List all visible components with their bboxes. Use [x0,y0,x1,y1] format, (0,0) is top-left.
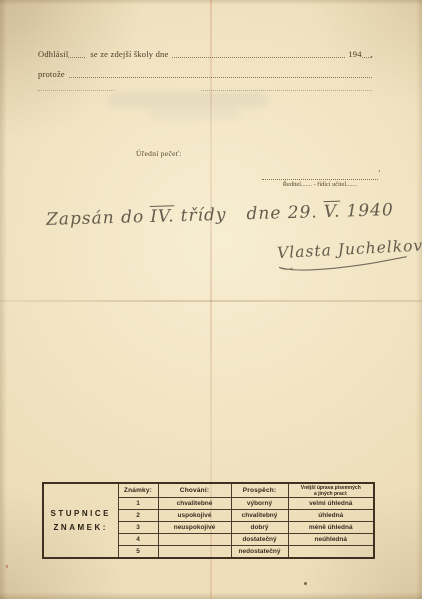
pen-tick-mark: ' [377,168,381,178]
neatness-cell: velmi úhledná [288,498,374,510]
neatness-cell: neúhledná [288,534,374,546]
blank-dotted-rule [38,90,114,91]
achievement-cell: dobrý [231,522,288,534]
header-behavior: Chování: [158,483,231,498]
year-prefix: 194 [348,48,361,60]
behavior-cell: uspokojivé [158,510,231,522]
scanned-school-form: Odhlásil se ze zdejší školy dne 194 , pr… [0,0,422,599]
grading-scale-table: STUPNICE ZNAMEK: Známky: Chování: Prospě… [42,482,375,559]
header-marks: Známky: [118,483,158,498]
signature-dotted-line: ' [262,174,378,180]
handwritten-entry: Zapsán do IV. třídy dne 29. V. 1940 [46,200,394,230]
achievement-cell: dostatečný [231,534,288,546]
mark-cell: 3 [118,522,158,534]
table-header-row: STUPNICE ZNAMEK: Známky: Chování: Prospě… [43,483,374,498]
withdrawal-word: Odhlásil [38,48,68,60]
neatness-cell [288,546,374,559]
mark-cell: 5 [118,546,158,559]
entry-year: 1940 [346,200,394,221]
mark-cell: 1 [118,498,158,510]
entry-month-numeral: V. [324,202,341,222]
withdrawal-phrase: se ze zdejší školy dne [90,48,168,60]
header-achievement: Prospěch: [231,483,288,498]
mark-cell: 4 [118,534,158,546]
reason-word: protože [38,68,65,80]
withdrawal-line: Odhlásil se ze zdejší školy dne 194 , [38,48,373,60]
scale-title-line1: STUPNICE [44,507,118,521]
behavior-cell: neuspokojivé [158,522,231,534]
paper-speck [6,565,8,568]
header-neatness: Vnější úprava písemných a jiných prací: [288,483,374,498]
entry-text: Zapsán do [46,207,145,230]
mark-cell: 2 [118,510,158,522]
scale-title-cell: STUPNICE ZNAMEK: [43,483,118,558]
achievement-cell: výborný [231,498,288,510]
entry-class-word: třídy [180,205,226,226]
neatness-cell: méně úhledná [288,522,374,534]
scale-title-line2: ZNAMEK: [44,521,118,535]
horizontal-fold-crease [0,300,422,302]
entry-date-prefix: dne 29. [246,202,318,224]
header-neatness-line1: Vnější úprava písemných [289,485,374,491]
comma: , [371,48,373,60]
principal-caption: Ředitel....... - řídící učitel....... [262,181,378,188]
dotted-rule [362,54,371,58]
achievement-cell: chvalitebný [231,510,288,522]
behavior-cell: chvalitebné [158,498,231,510]
paper-speck [304,582,307,585]
header-neatness-line2: a jiných prací: [289,491,374,497]
blank-dotted-rule [201,90,372,91]
reason-line: protože [38,68,372,80]
achievement-cell: nedostatečný [231,546,288,559]
neatness-cell: úhledná [288,510,374,522]
official-seal-label: Úřední pečeť: [136,149,182,158]
principal-signature-block: ' Ředitel....... - řídící učitel....... [262,174,378,188]
ink-bleedthrough-smudge [150,109,240,118]
dotted-rule [68,54,85,58]
behavior-cell [158,546,231,559]
ink-bleedthrough-smudge [108,93,268,106]
dotted-rule [172,54,345,58]
behavior-cell [158,534,231,546]
entry-class-numeral: IV. [150,206,175,227]
dotted-rule [69,74,372,78]
